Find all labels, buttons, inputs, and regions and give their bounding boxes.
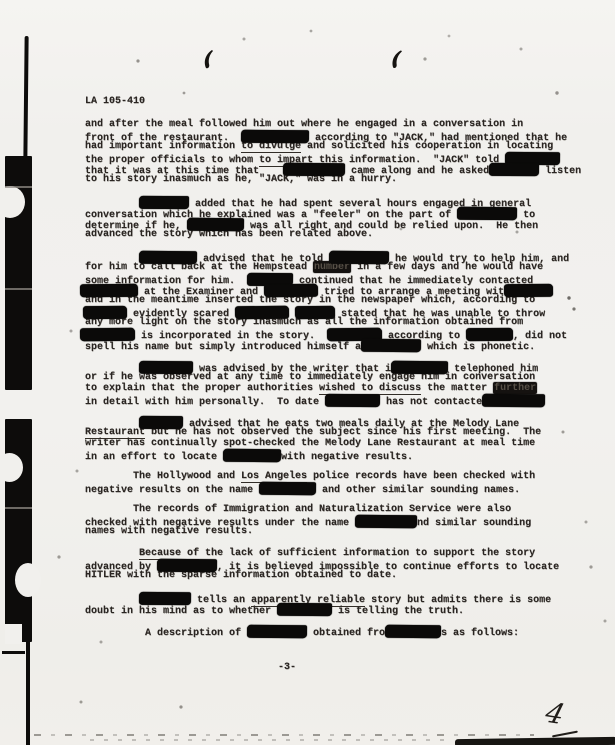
paragraph: The Hollywood and Los Angeles police rec…: [85, 471, 563, 493]
text-line: the proper officials to whom to impart t…: [85, 152, 563, 163]
text-segment: and solicited his cooperation in locatin…: [301, 141, 553, 152]
text-segment: doubt in his mind as to whether: [85, 606, 277, 617]
body-text: LA 105-410 and after the meal followed h…: [85, 96, 563, 647]
ink-blot-icon: [201, 48, 217, 72]
text-segment: had important information: [85, 141, 241, 152]
redaction-bar: [139, 361, 193, 374]
redaction-bar: [247, 625, 307, 638]
text-line: advised that he eats two meals daily at …: [85, 416, 563, 427]
redaction-bar: [187, 218, 244, 231]
text-segment: in detail with him personally. To date: [85, 397, 325, 408]
band-gap-line: [5, 507, 32, 509]
text-line: had important information to divulge and…: [85, 141, 563, 152]
redaction-bar: [295, 306, 335, 319]
redaction-bar: [361, 339, 421, 352]
text-segment: names with negative results.: [85, 526, 253, 537]
redaction-bar: [139, 196, 189, 209]
text-segment: the lack of sufficient information to su…: [199, 548, 535, 559]
text-line: that it was at this time that came along…: [85, 163, 563, 174]
text-line: at the Examiner and tried to arrange a m…: [85, 284, 563, 295]
paragraph: Because of the lack of sufficient inform…: [85, 548, 563, 581]
corner-smudge: [455, 737, 615, 745]
redaction-bar: [235, 306, 289, 319]
text-line: A description of obtained fros as follow…: [85, 625, 563, 636]
redaction-bar: [355, 515, 417, 528]
text-line: evidently scared stated that he was unab…: [85, 306, 563, 317]
redaction-bar: [259, 482, 316, 495]
text-segment: The Hollywood and: [85, 471, 241, 482]
text-segment: for him to call back at the Hempstead: [85, 262, 313, 273]
band-gap-line: [5, 288, 32, 290]
text-line: advanced by , it is believed impossible …: [85, 559, 563, 570]
text-segment: writer has continually spot-checked the …: [85, 438, 535, 449]
paragraph: tells an apparently reliable story but a…: [85, 592, 563, 614]
text-line: tells an apparently reliable story but a…: [85, 592, 563, 603]
binding-edge-top-line: [23, 36, 28, 159]
paragraph: A description of obtained fros as follow…: [85, 625, 563, 636]
edge-tick-mark: [2, 651, 25, 654]
scan-speckles: [0, 0, 2, 2]
redaction-bar: [391, 361, 448, 374]
text-segment: the matter: [421, 383, 493, 394]
redaction-bar: [80, 284, 138, 298]
handwritten-page-annotation: 4: [542, 699, 567, 729]
redaction-bar: [157, 559, 217, 572]
redaction-bar: [139, 251, 197, 264]
paragraph: and after the meal followed him out wher…: [85, 119, 563, 185]
redaction-bar: [139, 416, 183, 429]
paragraph: advised that he told he would try to hel…: [85, 251, 563, 350]
text-segment: negative results on the name: [85, 485, 259, 496]
text-line: Because of the lack of sufficient inform…: [85, 548, 563, 559]
text-segment: A description of: [85, 628, 247, 639]
smudged-text: further: [493, 382, 537, 394]
text-line: to explain that the proper authorities w…: [85, 383, 563, 394]
paragraph: The records of Immigration and Naturaliz…: [85, 504, 563, 537]
text-line: checked with negative results under the …: [85, 515, 563, 526]
text-segment: [85, 548, 139, 559]
redaction-bar: [325, 394, 380, 407]
text-line: writer has continually spot-checked the …: [85, 438, 563, 449]
text-segment: to his story inasmuch as he, "JACK," was…: [85, 174, 397, 185]
binding-edge-band-lower: [5, 419, 32, 642]
scan-noise-dashes: [34, 734, 534, 736]
text-line: in detail with him personally. To date h…: [85, 394, 563, 405]
text-line: and in the meantime inserted the story i…: [85, 295, 563, 306]
text-line: negative results on the name and other s…: [85, 482, 563, 493]
text-segment: The records of Immigration and Naturaliz…: [85, 504, 511, 515]
redaction-bar: [283, 163, 345, 176]
redaction-bar: [277, 603, 332, 616]
redaction-bar: [466, 328, 513, 341]
edge-notch: [5, 624, 22, 644]
ink-blot-icon: [388, 47, 406, 73]
text-segment: spell his name but simply introduced him…: [85, 342, 361, 353]
text-segment: and other similar sounding names.: [316, 485, 520, 496]
redaction-bar: [457, 207, 517, 220]
redaction-bar: [241, 130, 309, 144]
text-segment: nd similar sounding: [417, 518, 531, 529]
binding-edge-band-upper: [5, 156, 32, 390]
redaction-bar: [264, 284, 318, 297]
text-segment: is telling the truth.: [332, 606, 464, 617]
text-line: was advised by the writer that i telepho…: [85, 361, 563, 372]
redaction-bar: [489, 163, 539, 176]
text-line: some information for him. continued that…: [85, 273, 563, 284]
text-line: front of the restaurant. according to "J…: [85, 130, 563, 141]
redaction-bar: [223, 449, 281, 462]
punch-hole-icon: [0, 453, 23, 482]
text-line: is incorporated in the story. according …: [85, 328, 563, 339]
paragraph: was advised by the writer that i telepho…: [85, 361, 563, 405]
text-segment: has not contacte: [380, 397, 482, 408]
text-line: The records of Immigration and Naturaliz…: [85, 504, 563, 515]
case-number: LA 105-410: [85, 96, 563, 107]
text-segment: and after the meal followed him out wher…: [85, 119, 523, 130]
text-line: The Hollywood and Los Angeles police rec…: [85, 471, 563, 482]
band-gap-line: [5, 186, 32, 188]
scan-noise-dashes: [90, 739, 450, 741]
text-segment: police records have been checked with: [307, 471, 535, 482]
redaction-bar: [504, 284, 553, 297]
punch-hole-icon: [15, 563, 41, 597]
text-segment: but he has not observed the subject sinc…: [145, 427, 541, 438]
text-segment: to explain that the proper authorities: [85, 383, 319, 394]
punch-hole-icon: [0, 186, 25, 218]
text-line: added that he had spent several hours en…: [85, 196, 563, 207]
text-segment: which is phonetic.: [421, 342, 535, 353]
binding-edge-bottom-line: [26, 640, 30, 745]
redaction-bar: [83, 306, 127, 319]
text-segment: HITLER with the sparse information obtai…: [85, 570, 397, 581]
text-segment: obtained fro: [307, 628, 385, 639]
paragraph: advised that he eats two meals daily at …: [85, 416, 563, 460]
paragraph: added that he had spent several hours en…: [85, 196, 563, 240]
redaction-bar: [80, 328, 135, 341]
text-line: in an effort to locate with negative res…: [85, 449, 563, 460]
redaction-bar: [139, 592, 191, 605]
text-segment: s as follows:: [441, 628, 519, 639]
text-segment: in an effort to locate: [85, 452, 223, 463]
text-line: and after the meal followed him out wher…: [85, 119, 563, 130]
redaction-bar: [385, 625, 441, 638]
scanned-document-page: LA 105-410 and after the meal followed h…: [0, 0, 615, 745]
redaction-bar: [329, 251, 389, 264]
page-number: -3-: [240, 662, 334, 673]
text-segment: with negative results.: [281, 452, 413, 463]
redaction-bar: [482, 394, 545, 407]
